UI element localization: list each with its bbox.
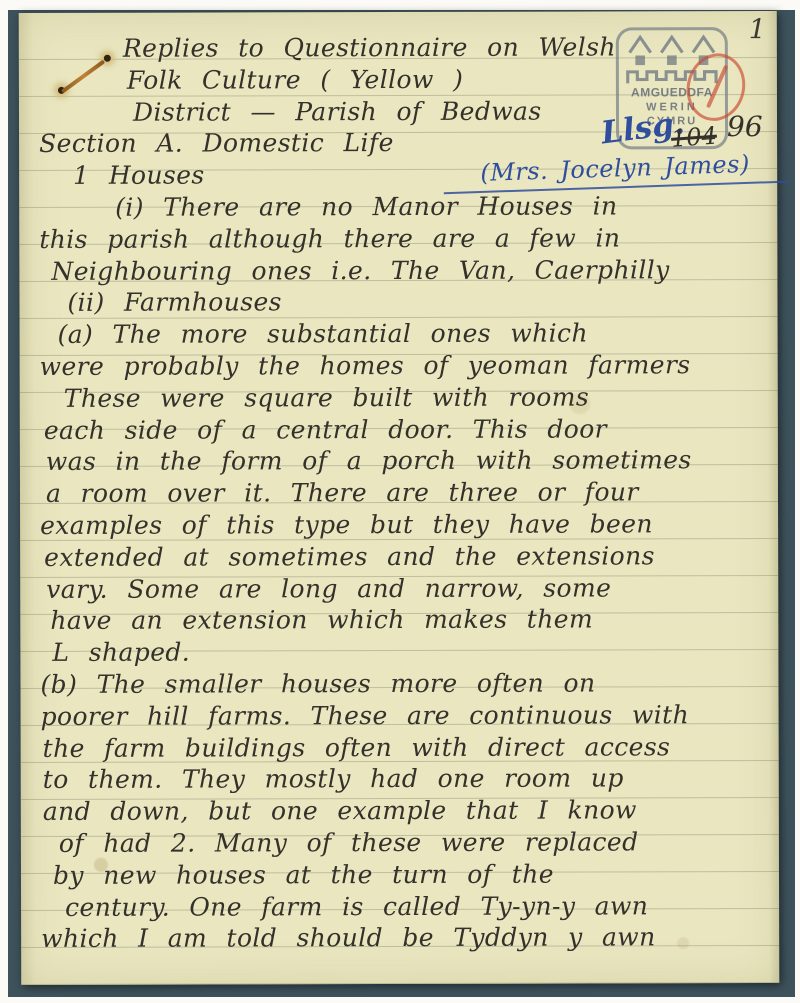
handwritten-line: which I am told should be Tyddyn y awn [33,921,773,955]
handwritten-line: was in the form of a porch with sometime… [32,444,772,478]
handwritten-line: Folk Culture ( Yellow ) [31,63,771,97]
handwritten-line: examples of this type but they have been [32,508,772,542]
handwritten-line: by new houses at the turn of the [33,858,773,892]
handwritten-line: District — Parish of Bedwas [31,95,771,129]
handwritten-line: the farm buildings often with direct acc… [33,731,773,765]
handwritten-line: this parish although there are a few in [31,222,771,256]
handwritten-line: extended at sometimes and the extensions [32,540,772,574]
handwritten-line: have an extension which makes them [32,603,772,637]
handwritten-line: (ii) Farmhouses [31,285,771,319]
handwritten-line: and down, but one example that I know [33,794,773,828]
handwritten-line: each side of a central door. This door [32,413,772,447]
handwritten-line: (b) The smaller houses more often on [32,667,772,701]
handwritten-line: vary. Some are long and narrow, some [32,572,772,606]
handwritten-line: 1 Houses [31,158,771,192]
handwritten-lines: Replies to Questionnaire on WelshFolk Cu… [31,31,773,955]
handwritten-line: (a) The more substantial ones which [32,317,772,351]
handwritten-line: (i) There are no Manor Houses in [31,190,771,224]
handwritten-line: Neighbouring ones i.e. The Van, Caerphil… [31,254,771,288]
handwritten-line: to them. They mostly had one room up [33,762,773,796]
handwritten-line: were probably the homes of yeoman farmer… [32,349,772,383]
handwritten-line: Section A. Domestic Life [31,126,771,160]
handwritten-line: of had 2. Many of these were replaced [33,826,773,860]
handwritten-line: a room over it. There are three or four [32,476,772,510]
handwritten-line: poorer hill farms. These are continuous … [33,699,773,733]
handwritten-line: century. One farm is called Ty-yn-y awn [33,890,773,924]
handwritten-line: These were square built with rooms [32,381,772,415]
handwritten-line: L shaped. [32,635,772,669]
paper-page: 1 AMGUEDDFA WERIN CYMRU Llsg. 104 96 (Mr… [19,11,780,985]
handwritten-line: Replies to Questionnaire on Welsh [31,31,771,65]
